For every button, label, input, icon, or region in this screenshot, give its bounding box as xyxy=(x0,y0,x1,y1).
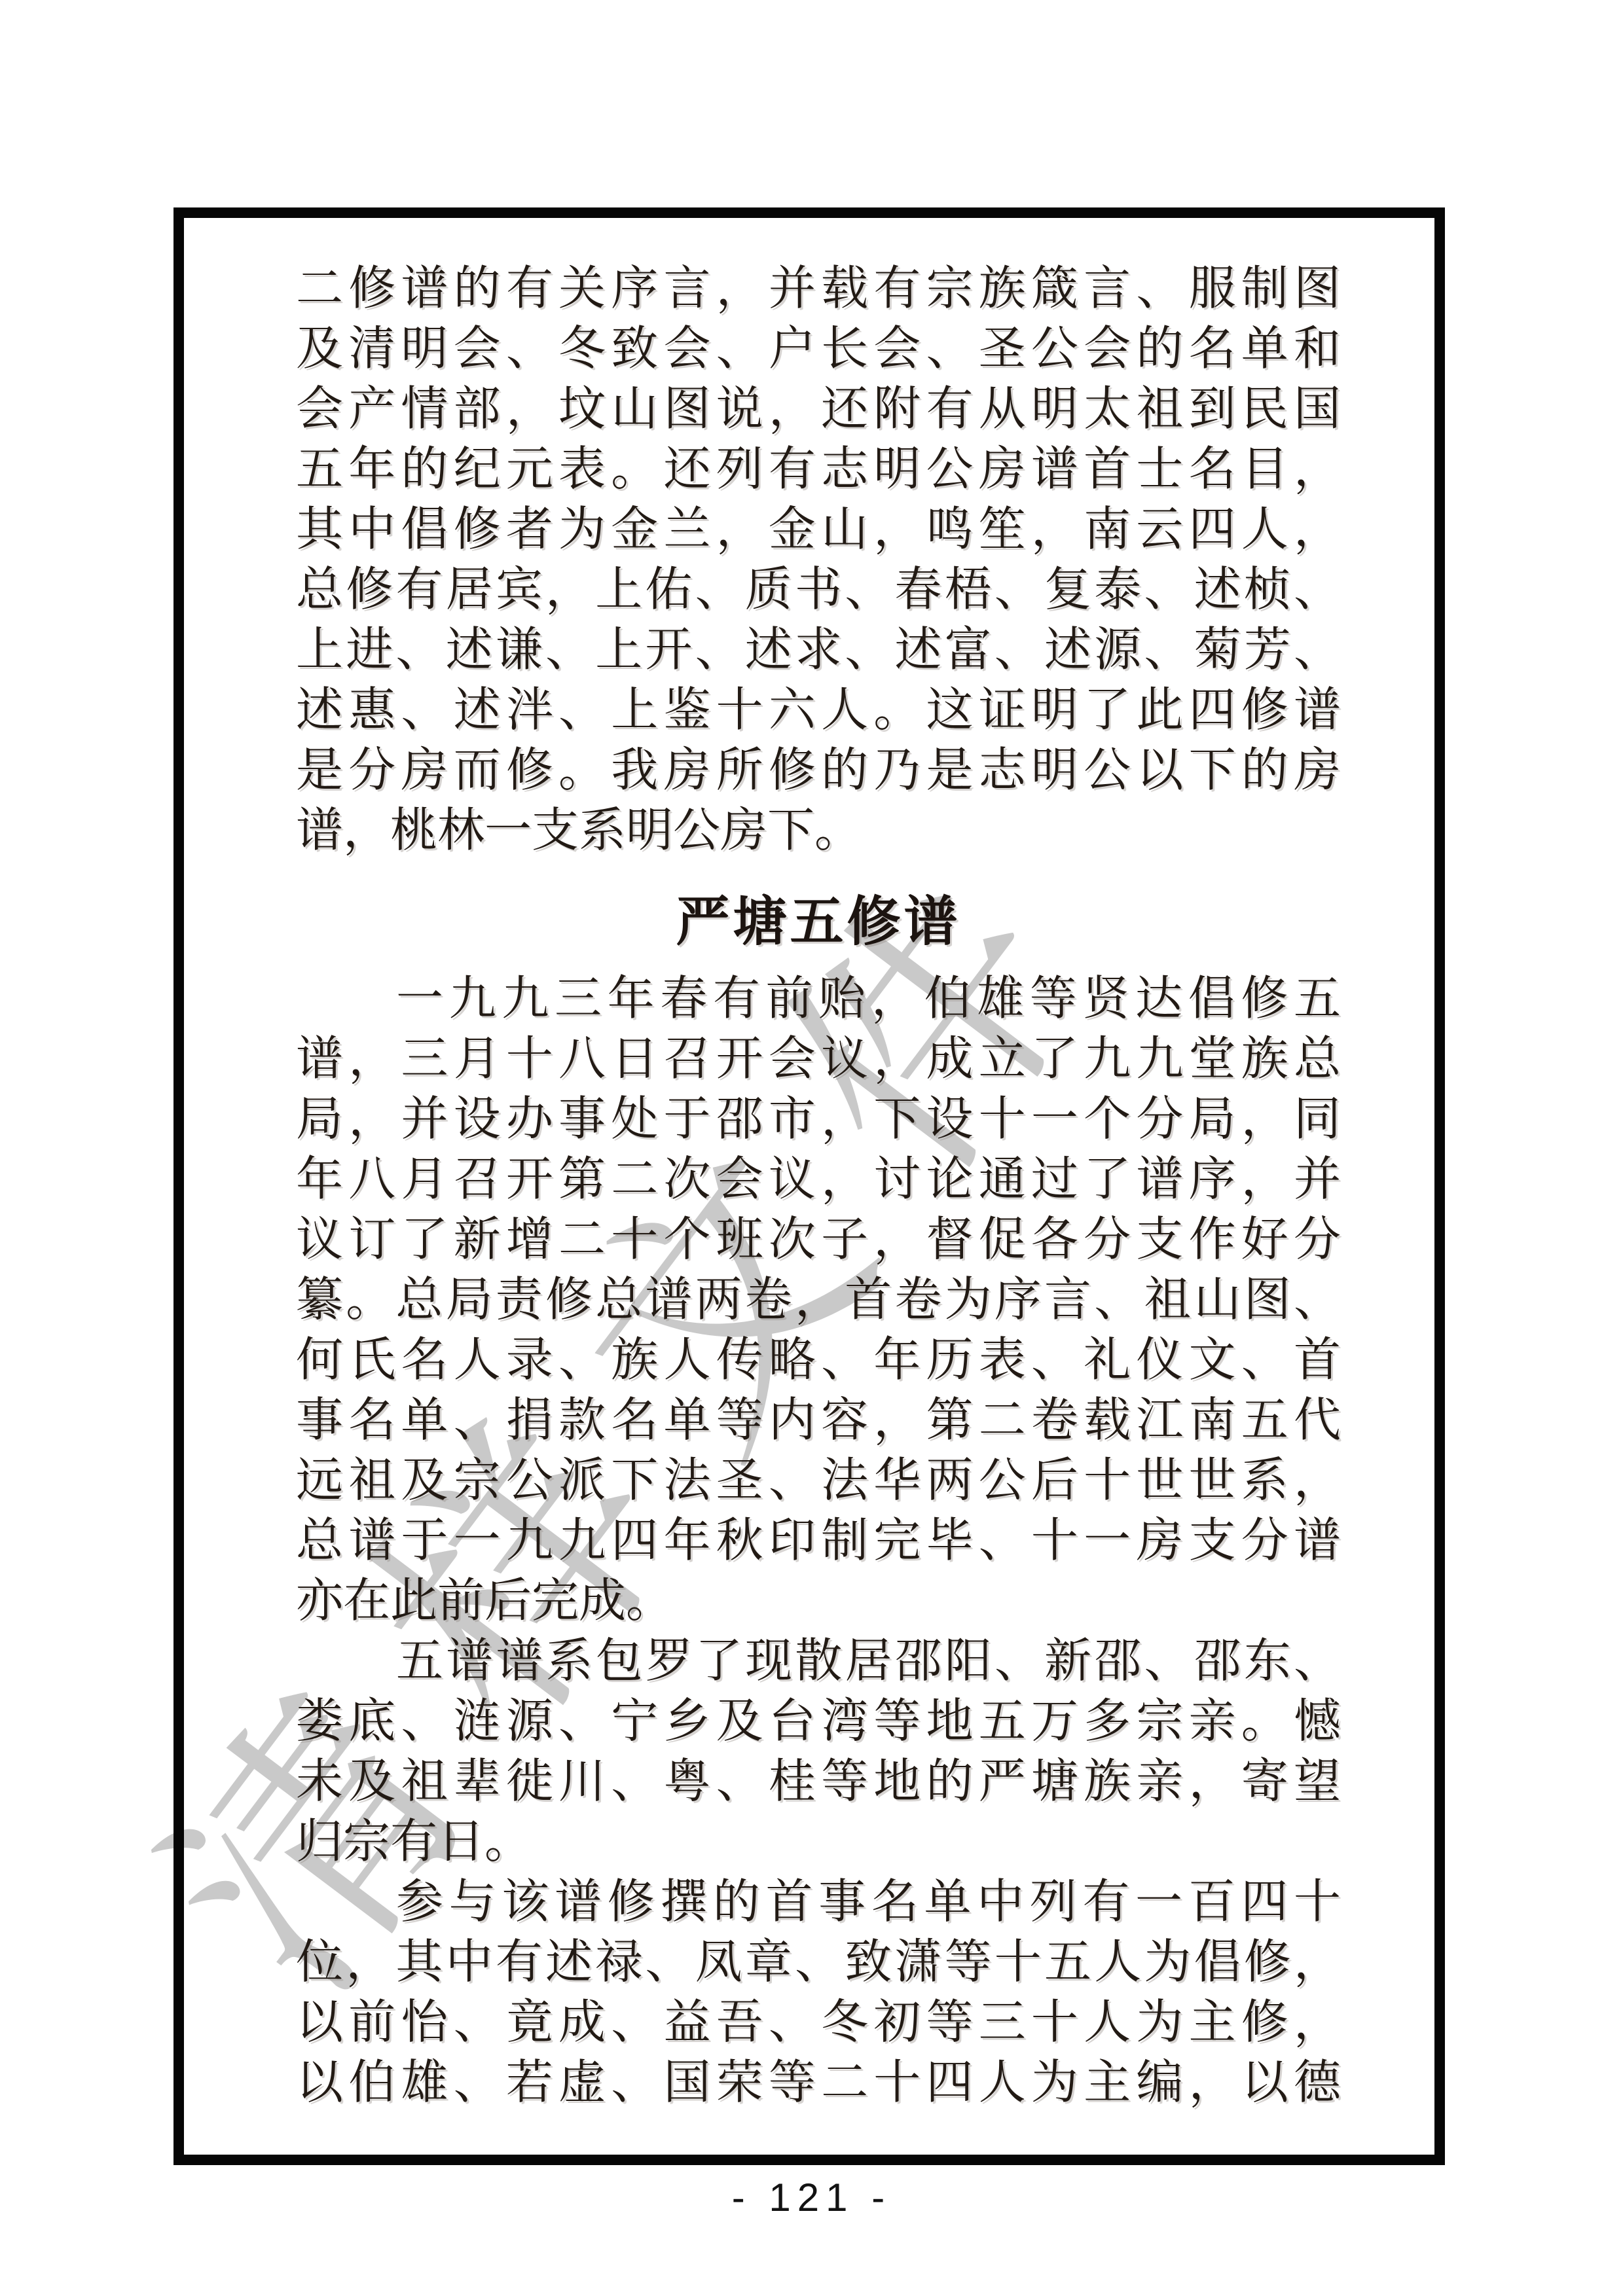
text-line: 上进、述谦、上开、述求、述富、述源、菊芳、 xyxy=(296,620,1341,680)
text-line: 总谱于一九九四年秋印制完毕、十一房支分谱 xyxy=(296,1511,1341,1571)
text-line: 亦在此前后完成。 xyxy=(296,1571,1341,1631)
text-line: 归宗有日。 xyxy=(296,1812,1341,1872)
text-line: 以前怡、竟成、益吾、冬初等三十人为主修， xyxy=(296,1992,1341,2053)
text-line: 五谱谱系包罗了现散居邵阳、新邵、邵东、 xyxy=(296,1631,1341,1691)
text-line: 参与该谱修撰的首事名单中列有一百四十 xyxy=(296,1872,1341,1932)
text-line: 以伯雄、若虚、国荣等二十四人为主编，以德 xyxy=(296,2053,1341,2113)
paragraph-continued-from-previous-page: 二修谱的有关序言，并载有宗族箴言、服制图及清明会、冬致会、户长会、圣公会的名单和… xyxy=(296,259,1341,861)
text-line: 其中倡修者为金兰，金山，鸣笙，南云四人， xyxy=(296,499,1341,560)
text-line: 远祖及宗公派下法圣、法华两公后十世世系， xyxy=(296,1450,1341,1511)
text-line: 何氏名人录、族人传略、年历表、礼仪文、首 xyxy=(296,1330,1341,1390)
text-line: 纂。总局责修总谱两卷，首卷为序言、祖山图、 xyxy=(296,1270,1341,1330)
text-line: 五年的纪元表。还列有志明公房谱首士名目， xyxy=(296,439,1341,499)
text-line: 谱，桃林一支系明公房下。 xyxy=(296,800,1341,861)
section-heading: 严塘五修谱 xyxy=(676,892,960,952)
text-line: 二修谱的有关序言，并载有宗族箴言、服制图 xyxy=(296,259,1341,319)
text-line: 未及祖辈徙川、粤、桂等地的严塘族亲，寄望 xyxy=(296,1751,1341,1812)
page-number: - 121 - xyxy=(0,2172,1623,2224)
text-line: 议订了新增二十个班次子，督促各分支作好分 xyxy=(296,1210,1341,1270)
text-line: 娄底、涟源、宁乡及台湾等地五万多宗亲。憾 xyxy=(296,1691,1341,1751)
text-line: 位，其中有述禄、凤章、致潇等十五人为倡修， xyxy=(296,1932,1341,1992)
text-line: 述惠、述泮、上鉴十六人。这证明了此四修谱 xyxy=(296,680,1341,740)
section-body-text: 一九九三年春有前贻，伯雄等贤达倡修五谱，三月十八日召开会议，成立了九九堂族总局，… xyxy=(296,969,1341,2113)
text-line: 事名单、捐款名单等内容，第二卷载江南五代 xyxy=(296,1390,1341,1450)
text-line: 局，并设办事处于邵市，下设十一个分局，同 xyxy=(296,1089,1341,1149)
text-line: 会产情部，坟山图说，还附有从明太祖到民国 xyxy=(296,379,1341,439)
text-line: 及清明会、冬致会、户长会、圣公会的名单和 xyxy=(296,319,1341,379)
section-heading-row: 严塘五修谱 xyxy=(296,889,1341,956)
text-line: 谱，三月十八日召开会议，成立了九九堂族总 xyxy=(296,1029,1341,1089)
text-line: 年八月召开第二次会议，讨论通过了谱序，并 xyxy=(296,1149,1341,1210)
text-line: 是分房而修。我房所修的乃是志明公以下的房 xyxy=(296,740,1341,800)
text-line: 总修有居宾，上佑、质书、春梧、复泰、述桢、 xyxy=(296,560,1341,620)
text-line: 一九九三年春有前贻，伯雄等贤达倡修五 xyxy=(296,969,1341,1029)
